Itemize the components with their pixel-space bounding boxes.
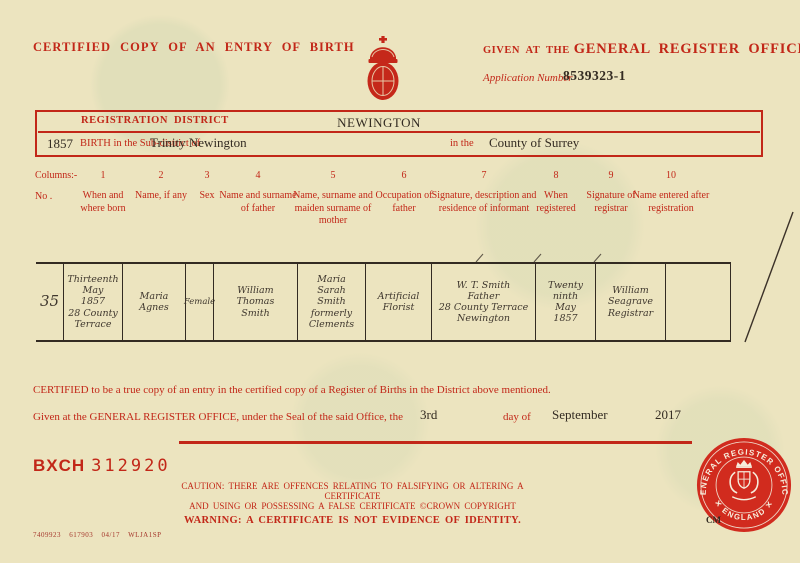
day-of-label: day of [503, 411, 531, 423]
entry-when-registered-cell: Twenty ninth May 1857 [535, 264, 595, 340]
column-number-5: 5 [318, 170, 348, 181]
column-header-name-after-registration: Name entered after registration [626, 190, 716, 215]
entry-name-after-registration-cell [665, 264, 731, 340]
warning-line: WARNING: A CERTIFICATE IS NOT EVIDENCE O… [180, 515, 525, 526]
in-the-label: in the [450, 138, 474, 149]
reference-number: 312920 [91, 456, 170, 476]
entry-father-name-cell: William Thomas Smith [213, 264, 297, 340]
column-number-10: 10 [656, 170, 686, 181]
birth-certificate-document: CERTIFIED COPY OF AN ENTRY OF BIRTH GIVE… [0, 0, 800, 563]
certificate-title: CERTIFIED COPY OF AN ENTRY OF BIRTH [33, 40, 355, 55]
certificate-reference: BXCH312920 [33, 456, 171, 476]
column-number-2: 2 [146, 170, 176, 181]
royal-crest-icon [360, 36, 406, 102]
no-column-label: No . [35, 191, 52, 202]
general-register-office-label: GENERAL REGISTER OFFICE [574, 41, 800, 57]
issue-day: 3rd [420, 407, 437, 423]
reference-prefix: BXCH [33, 456, 85, 475]
given-at-prefix: GIVEN AT THE [483, 45, 570, 56]
caution-top-rule [179, 441, 692, 444]
diagonal-strike-line [745, 212, 793, 342]
caution-line-1: CAUTION: THERE ARE OFFENCES RELATING TO … [180, 481, 525, 501]
entry-registrar-cell: William Seagrave Registrar [595, 264, 665, 340]
registration-district-box: REGISTRATION DISTRICT NEWINGTON 1857 BIR… [35, 110, 763, 157]
given-at-office-statement: Given at the GENERAL REGISTER OFFICE, un… [33, 411, 403, 423]
county-name: County of Surrey [489, 135, 579, 151]
column-number-7: 7 [469, 170, 499, 181]
register-entry-table: 35 Thirteenth May 1857 28 County Terrace… [36, 262, 731, 342]
column-number-6: 6 [389, 170, 419, 181]
entry-mother-name-cell: Maria Sarah Smith formerly Clements [297, 264, 365, 340]
application-number-value: 8539323-1 [563, 68, 626, 84]
issue-year: 2017 [655, 407, 681, 423]
issue-month: September [552, 407, 608, 423]
caution-line-2: AND USING OR POSSESSING A FALSE CERTIFIC… [180, 501, 525, 511]
entry-number-cell: 35 [36, 264, 63, 340]
given-at-line: GIVEN AT THE GENERAL REGISTER OFFICE [483, 40, 800, 58]
registration-district-name: NEWINGTON [37, 115, 721, 131]
entry-informant-cell: W. T. Smith Father 28 County Terrace New… [431, 264, 535, 340]
column-number-9: 9 [596, 170, 626, 181]
caution-block: CAUTION: THERE ARE OFFENCES RELATING TO … [180, 481, 525, 526]
print-code: 7409923 617903 04/17 WLJA1SP [33, 531, 162, 539]
column-number-4: 4 [243, 170, 273, 181]
sub-district-name: Trinity Newington [150, 135, 247, 151]
column-number-1: 1 [88, 170, 118, 181]
entry-name-cell: Maria Agnes [122, 264, 185, 340]
cm-mark: CM [706, 515, 721, 525]
column-number-3: 3 [192, 170, 222, 181]
certified-statement: CERTIFIED to be a true copy of an entry … [33, 384, 551, 396]
column-number-8: 8 [541, 170, 571, 181]
entry-sex-cell: Female [185, 264, 213, 340]
application-number-label: Application Number [483, 72, 573, 84]
column-header-name-if-any: Name, if any [124, 190, 198, 203]
entry-when-where-born-cell: Thirteenth May 1857 28 County Terrace [63, 264, 122, 340]
district-box-divider [38, 131, 760, 133]
columns-intro-label: Columns:- [35, 170, 77, 181]
column-header-mother-name: Name, surname and maiden surname of moth… [285, 190, 381, 228]
registration-year: 1857 [47, 136, 73, 152]
entry-father-occupation-cell: Artificial Florist [365, 264, 431, 340]
